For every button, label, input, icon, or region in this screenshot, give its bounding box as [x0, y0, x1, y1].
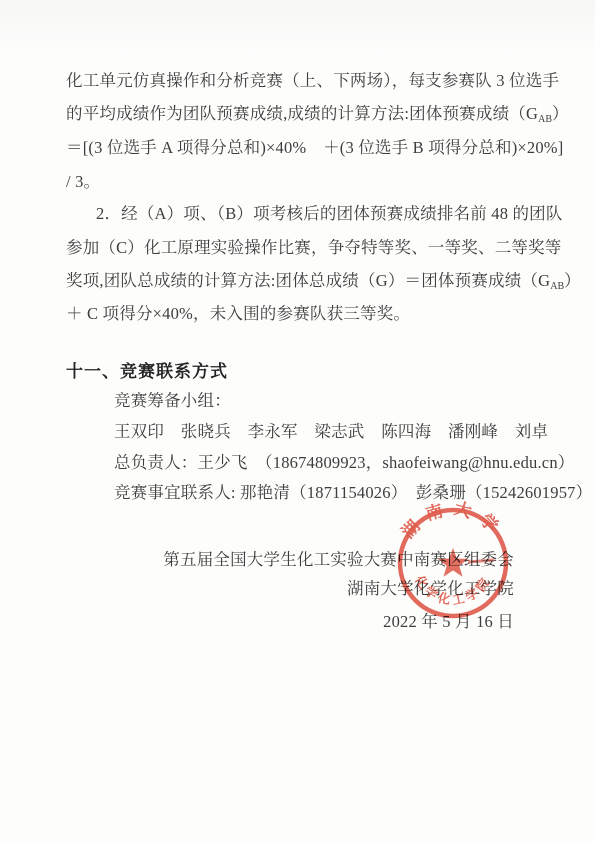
p2l3-text: 奖项,团队总成绩的计算方法:团体总成绩（G）＝团体预赛成绩（G [66, 271, 550, 290]
seal-top-text: 湖南大学 [398, 498, 509, 542]
paragraph2-line4: ＋ C 项得分×40%，未入围的参赛队获三等奖。 [66, 303, 410, 325]
p2l3-close: ） [564, 271, 581, 290]
seal-bottom-text: 化学化工学院 [411, 572, 494, 608]
contact-lead: 总负责人：王少飞 （18674809923，shaofeiwang@hnu.ed… [114, 452, 574, 474]
p2l3-subscript: AB [550, 281, 564, 292]
seal-bottom-textpath: 化学化工学院 [411, 572, 494, 608]
paragraph2-line3: 奖项,团队总成绩的计算方法:团体总成绩（G）＝团体预赛成绩（GAB） [66, 270, 581, 298]
p1l2-subscript: AB [538, 114, 552, 125]
paragraph1-line4: / 3。 [66, 171, 100, 193]
official-seal-stamp: 湖南大学 化学化工学院 [388, 498, 518, 628]
p1l2-text: 的平均成绩作为团队预赛成绩,成绩的计算方法:团体预赛成绩（G [66, 104, 538, 123]
seal-top-textpath: 湖南大学 [398, 498, 509, 542]
paragraph1-line1: 化工单元仿真操作和分析竞赛（上、下两场），每支参赛队 3 位选手 [66, 70, 559, 92]
paragraph1-line2: 的平均成绩作为团队预赛成绩,成绩的计算方法:团体预赛成绩（GAB） [66, 103, 569, 131]
contact-members: 王双印 张晓兵 李永军 梁志武 陈四海 潘刚峰 刘卓 [114, 421, 548, 443]
paragraph2-line1: 2．经（A）项、（B）项考核后的团体预赛成绩排名前 48 的团队 [66, 203, 563, 225]
scan-shading-artifact [0, 0, 595, 54]
seal-scratch-mark [468, 560, 494, 562]
paragraph2-line2: 参加（C）化工原理实验操作比赛，争夺特等奖、一等奖、二等奖等 [66, 237, 562, 259]
scanned-document-page: 化工单元仿真操作和分析竞赛（上、下两场），每支参赛队 3 位选手 的平均成绩作为… [0, 0, 595, 842]
contact-group-label: 竞赛筹备小组： [114, 390, 231, 412]
paragraph1-line3: ＝[(3 位选手 A 项得分总和)×40% ＋(3 位选手 B 项得分总和)×2… [66, 137, 563, 159]
seal-star-icon [438, 548, 468, 577]
p1l2-close: ） [552, 104, 569, 123]
contact-liaison: 竞赛事宜联系人: 那艳清（1871154026） 彭桑珊（15242601957… [114, 482, 592, 504]
section-heading: 十一、竞赛联系方式 [66, 361, 228, 383]
